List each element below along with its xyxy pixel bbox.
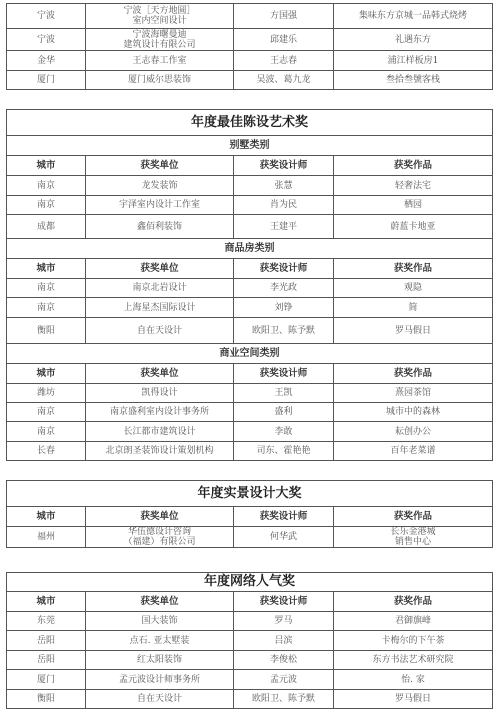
work-cell: 百年老菜谱 <box>334 442 493 461</box>
category-title: 别墅类别 <box>7 136 493 156</box>
city-cell: 衡阳 <box>7 690 86 709</box>
table-row: 金华 王志春工作室 王志春 浦江样板房1 <box>7 51 493 71</box>
table-row: 岳阳 红太阳装饰 李俊松 东方书法艺术研究院 <box>7 651 493 670</box>
designer-cell: 邱建乐 <box>234 29 334 51</box>
designer-cell: 欧阳卫、陈予默 <box>234 690 334 709</box>
city-cell: 宁波 <box>7 4 86 29</box>
header-row: 城市 获奖单位 获奖设计师 获奖作品 <box>7 364 493 384</box>
designer-cell: 盛利 <box>234 403 334 422</box>
work-cell: 城市中的森林 <box>334 403 493 422</box>
award-table-realscene: 年度实景设计大奖 城市 获奖单位 获奖设计师 获奖作品 福州 华伍德设计咨询 （… <box>6 480 493 548</box>
header-designer: 获奖设计师 <box>234 156 334 176</box>
unit-cell: 王志春工作室 <box>86 51 234 71</box>
header-work: 获奖作品 <box>334 592 493 612</box>
unit-cell: 南京盛利室内设计事务所 <box>86 403 234 422</box>
award-table-continued: 宁波 宁波［天方地圆］ 室内空间设计 方国强 集味东方京城一品韩式烧烤 宁波 宁… <box>6 3 493 90</box>
category-title: 商业空间类别 <box>7 344 493 364</box>
header-work: 获奖作品 <box>334 364 493 384</box>
header-work: 获奖作品 <box>334 156 493 176</box>
work-cell: 熹园茶馆 <box>334 384 493 403</box>
header-unit: 获奖单位 <box>86 592 234 612</box>
header-row: 城市 获奖单位 获奖设计师 获奖作品 <box>7 592 493 612</box>
city-cell: 南京 <box>7 422 86 442</box>
city-cell: 长春 <box>7 442 86 461</box>
city-cell: 岳阳 <box>7 631 86 651</box>
designer-cell: 何华武 <box>234 527 334 548</box>
work-cell: 罗马假日 <box>334 690 493 709</box>
table-row: 潍坊 凯得设计 王凯 熹园茶馆 <box>7 384 493 403</box>
table-row: 宁波 宁波［天方地圆］ 室内空间设计 方国强 集味东方京城一品韩式烧烤 <box>7 4 493 29</box>
category-row: 商品房类别 <box>7 239 493 259</box>
category-row: 商业空间类别 <box>7 344 493 364</box>
city-cell: 宁波 <box>7 29 86 51</box>
work-cell: 观隐 <box>334 279 493 298</box>
table-row: 衡阳 自在天设计 欧阳卫、陈予默 罗马假日 <box>7 318 493 344</box>
city-cell: 厦门 <box>7 670 86 690</box>
header-unit: 获奖单位 <box>86 364 234 384</box>
unit-cell: 宇泽室内设计工作室 <box>86 196 234 215</box>
work-cell: 叁拾叁號客栈 <box>334 71 493 90</box>
city-cell: 福州 <box>7 527 86 548</box>
table-row: 南京 南京北岩设计 李光政 观隐 <box>7 279 493 298</box>
designer-cell: 王志春 <box>234 51 334 71</box>
designer-cell: 李敢 <box>234 422 334 442</box>
award-table-furnishing-art: 年度最佳陈设艺术奖 别墅类别 城市 获奖单位 获奖设计师 获奖作品 南京 龙发装… <box>6 109 493 461</box>
city-cell: 南京 <box>7 176 86 196</box>
city-cell: 南京 <box>7 196 86 215</box>
unit-cell: 自在天设计 <box>86 690 234 709</box>
unit-cell: 宁波［天方地圆］ 室内空间设计 <box>86 4 234 29</box>
header-unit: 获奖单位 <box>86 259 234 279</box>
designer-cell: 王建平 <box>234 215 334 239</box>
unit-cell: 点石. 亚太墅装 <box>86 631 234 651</box>
work-cell: 长乐金港城 销售中心 <box>334 527 493 548</box>
work-cell: 怡. 家 <box>334 670 493 690</box>
designer-cell: 罗马 <box>234 612 334 631</box>
unit-cell: 国大装饰 <box>86 612 234 631</box>
table-row: 南京 龙发装饰 张慧 轻奢法宅 <box>7 176 493 196</box>
header-designer: 获奖设计师 <box>234 364 334 384</box>
header-designer: 获奖设计师 <box>234 259 334 279</box>
header-designer: 获奖设计师 <box>234 507 334 527</box>
title-row: 年度实景设计大奖 <box>7 481 493 507</box>
city-cell: 潍坊 <box>7 384 86 403</box>
header-work: 获奖作品 <box>334 507 493 527</box>
table-row: 衡阳 自在天设计 欧阳卫、陈予默 罗马假日 <box>7 690 493 709</box>
city-cell: 成都 <box>7 215 86 239</box>
award-table-online-popularity: 年度网络人气奖 城市 获奖单位 获奖设计师 获奖作品 东莞 国大装饰 罗马 君御… <box>6 572 493 709</box>
unit-cell: 凯得设计 <box>86 384 234 403</box>
unit-cell: 鑫佰利装饰 <box>86 215 234 239</box>
designer-cell: 张慧 <box>234 176 334 196</box>
city-cell: 金华 <box>7 51 86 71</box>
unit-cell: 自在天设计 <box>86 318 234 344</box>
table-row: 东莞 国大装饰 罗马 君御旗峰 <box>7 612 493 631</box>
table-row: 厦门 孟元波设计师事务所 孟元波 怡. 家 <box>7 670 493 690</box>
work-cell: 蔚蓝卡地亚 <box>334 215 493 239</box>
designer-cell: 肖为民 <box>234 196 334 215</box>
header-city: 城市 <box>7 592 86 612</box>
award-title: 年度最佳陈设艺术奖 <box>7 110 493 136</box>
title-row: 年度最佳陈设艺术奖 <box>7 110 493 136</box>
table-row: 成都 鑫佰利装饰 王建平 蔚蓝卡地亚 <box>7 215 493 239</box>
work-cell: 集味东方京城一品韩式烧烤 <box>334 4 493 29</box>
unit-cell: 宁波海曙曼迪 建筑设计有限公司 <box>86 29 234 51</box>
designer-cell: 司东、霍艳艳 <box>234 442 334 461</box>
work-cell: 礼遇东方 <box>334 29 493 51</box>
table-row: 宁波 宁波海曙曼迪 建筑设计有限公司 邱建乐 礼遇东方 <box>7 29 493 51</box>
header-city: 城市 <box>7 156 86 176</box>
header-row: 城市 获奖单位 获奖设计师 获奖作品 <box>7 156 493 176</box>
work-cell: 耘创办公 <box>334 422 493 442</box>
unit-cell: 孟元波设计师事务所 <box>86 670 234 690</box>
unit-cell: 南京北岩设计 <box>86 279 234 298</box>
work-cell: 简 <box>334 298 493 318</box>
designer-cell: 孟元波 <box>234 670 334 690</box>
table-row: 厦门 厦门威尔思装饰 吴波、葛九龙 叁拾叁號客栈 <box>7 71 493 90</box>
city-cell: 厦门 <box>7 71 86 90</box>
header-row: 城市 获奖单位 获奖设计师 获奖作品 <box>7 507 493 527</box>
header-designer: 获奖设计师 <box>234 592 334 612</box>
table-row: 岳阳 点石. 亚太墅装 吕滨 卡梅尔的下午茶 <box>7 631 493 651</box>
table-row: 福州 华伍德设计咨询 （福建）有限公司 何华武 长乐金港城 销售中心 <box>7 527 493 548</box>
unit-cell: 厦门威尔思装饰 <box>86 71 234 90</box>
header-city: 城市 <box>7 259 86 279</box>
work-cell: 栖园 <box>334 196 493 215</box>
city-cell: 南京 <box>7 298 86 318</box>
category-title: 商品房类别 <box>7 239 493 259</box>
header-unit: 获奖单位 <box>86 156 234 176</box>
designer-cell: 方国强 <box>234 4 334 29</box>
header-city: 城市 <box>7 507 86 527</box>
unit-cell: 北京朗圣装饰设计策划机构 <box>86 442 234 461</box>
unit-cell: 华伍德设计咨询 （福建）有限公司 <box>86 527 234 548</box>
unit-cell: 龙发装饰 <box>86 176 234 196</box>
table-row: 南京 上海星杰国际设计 刘铮 简 <box>7 298 493 318</box>
table-row: 南京 宇泽室内设计工作室 肖为民 栖园 <box>7 196 493 215</box>
unit-cell: 长江都市建筑设计 <box>86 422 234 442</box>
table-row: 南京 长江都市建筑设计 李敢 耘创办公 <box>7 422 493 442</box>
category-row: 别墅类别 <box>7 136 493 156</box>
designer-cell: 李俊松 <box>234 651 334 670</box>
city-cell: 南京 <box>7 403 86 422</box>
table-row: 南京 南京盛利室内设计事务所 盛利 城市中的森林 <box>7 403 493 422</box>
designer-cell: 吴波、葛九龙 <box>234 71 334 90</box>
award-title: 年度网络人气奖 <box>7 573 493 592</box>
unit-cell: 上海星杰国际设计 <box>86 298 234 318</box>
header-row: 城市 获奖单位 获奖设计师 获奖作品 <box>7 259 493 279</box>
title-row: 年度网络人气奖 <box>7 573 493 592</box>
work-cell: 浦江样板房1 <box>334 51 493 71</box>
designer-cell: 欧阳卫、陈予默 <box>234 318 334 344</box>
designer-cell: 吕滨 <box>234 631 334 651</box>
award-title: 年度实景设计大奖 <box>7 481 493 507</box>
designer-cell: 李光政 <box>234 279 334 298</box>
work-cell: 东方书法艺术研究院 <box>334 651 493 670</box>
designer-cell: 刘铮 <box>234 298 334 318</box>
work-cell: 卡梅尔的下午茶 <box>334 631 493 651</box>
designer-cell: 王凯 <box>234 384 334 403</box>
header-unit: 获奖单位 <box>86 507 234 527</box>
work-cell: 轻奢法宅 <box>334 176 493 196</box>
header-work: 获奖作品 <box>334 259 493 279</box>
city-cell: 衡阳 <box>7 318 86 344</box>
city-cell: 岳阳 <box>7 651 86 670</box>
unit-cell: 红太阳装饰 <box>86 651 234 670</box>
city-cell: 南京 <box>7 279 86 298</box>
table-row: 长春 北京朗圣装饰设计策划机构 司东、霍艳艳 百年老菜谱 <box>7 442 493 461</box>
header-city: 城市 <box>7 364 86 384</box>
work-cell: 君御旗峰 <box>334 612 493 631</box>
work-cell: 罗马假日 <box>334 318 493 344</box>
city-cell: 东莞 <box>7 612 86 631</box>
